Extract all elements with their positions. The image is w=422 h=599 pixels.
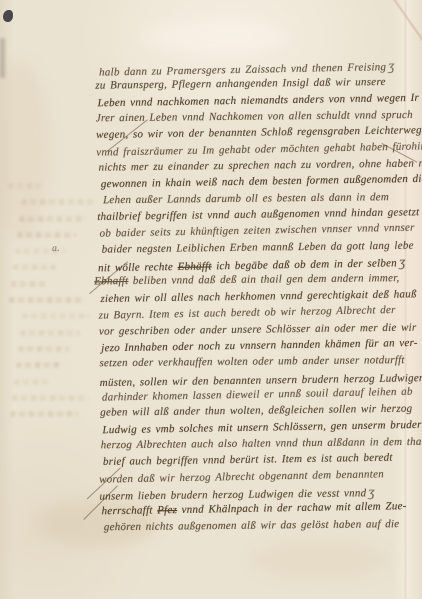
handwritten-text: zu Braunsperg, Pflegern anhangenden Insi…	[95, 76, 385, 92]
bleedthrough-streak	[9, 297, 85, 303]
handwritten-text: setzen oder verkhauffen wolten oder umb …	[99, 354, 404, 369]
bleedthrough-streak	[19, 216, 86, 222]
ink-swash: ʒ	[397, 255, 406, 270]
bleedthrough-streak	[11, 281, 46, 287]
manuscript-scan-page: a. halb dann zu Pramersgers zu Zaissach …	[0, 0, 422, 599]
bleedthrough-streak	[14, 379, 50, 385]
ink-swash: ʒ	[366, 485, 375, 500]
handwritten-text: beliben vnnd daß deß ain thail gen dem a…	[128, 273, 399, 288]
bleedthrough-streak	[12, 395, 89, 401]
handwritten-text: Jrer ainen Leben vnnd Nachkomen von alle…	[96, 109, 413, 124]
paper-stain	[250, 540, 390, 580]
bleedthrough	[6, 183, 94, 427]
struck-through-text: Ebhafft	[94, 275, 128, 287]
handwritten-text: ich begäbe daß ob dem in der selben	[212, 257, 398, 272]
manuscript-line: gehören nichts außgenomen alß wir das ge…	[104, 517, 422, 537]
struck-through-text: Pfez	[157, 504, 177, 516]
margin-mark: a.	[51, 243, 60, 255]
handwritten-text: herzog Albrechten auch also halten vnnd …	[101, 436, 422, 452]
ink-swash: ʒ	[386, 59, 395, 74]
bleedthrough-streak	[20, 330, 80, 336]
handwritten-text: unserm lieben brudern herzog Ludwigen di…	[99, 487, 366, 502]
manuscript-text: halb dann zu Pramersgers zu Zaissach vnd…	[95, 59, 420, 538]
handwritten-text: nit wölle rechte	[98, 261, 178, 274]
bleedthrough-streak	[17, 232, 76, 238]
edge-smudge	[0, 38, 5, 78]
bleedthrough-streak	[21, 199, 96, 205]
bleedthrough-streak	[18, 346, 70, 352]
bleedthrough-streak	[8, 183, 42, 189]
handwritten-text: geben will alß ander thun wolten, deßgle…	[100, 403, 412, 419]
bleedthrough-streak	[13, 264, 56, 270]
struck-through-text: Ebhäfft	[177, 261, 211, 274]
handwritten-text: herrschafft	[102, 505, 158, 518]
handwritten-text: Lehen außer Lannds darumb oll es besten …	[103, 191, 389, 206]
paper-highlight	[140, 20, 290, 54]
bleedthrough-streak	[22, 313, 90, 319]
bleedthrough-streak	[10, 411, 79, 417]
bleedthrough-streak	[16, 362, 60, 368]
handwritten-text: vnnd Khälnpach in der rachaw mit allem Z…	[177, 500, 407, 516]
handwritten-text: gehören nichts außgenomen alß wir das ge…	[104, 518, 400, 533]
